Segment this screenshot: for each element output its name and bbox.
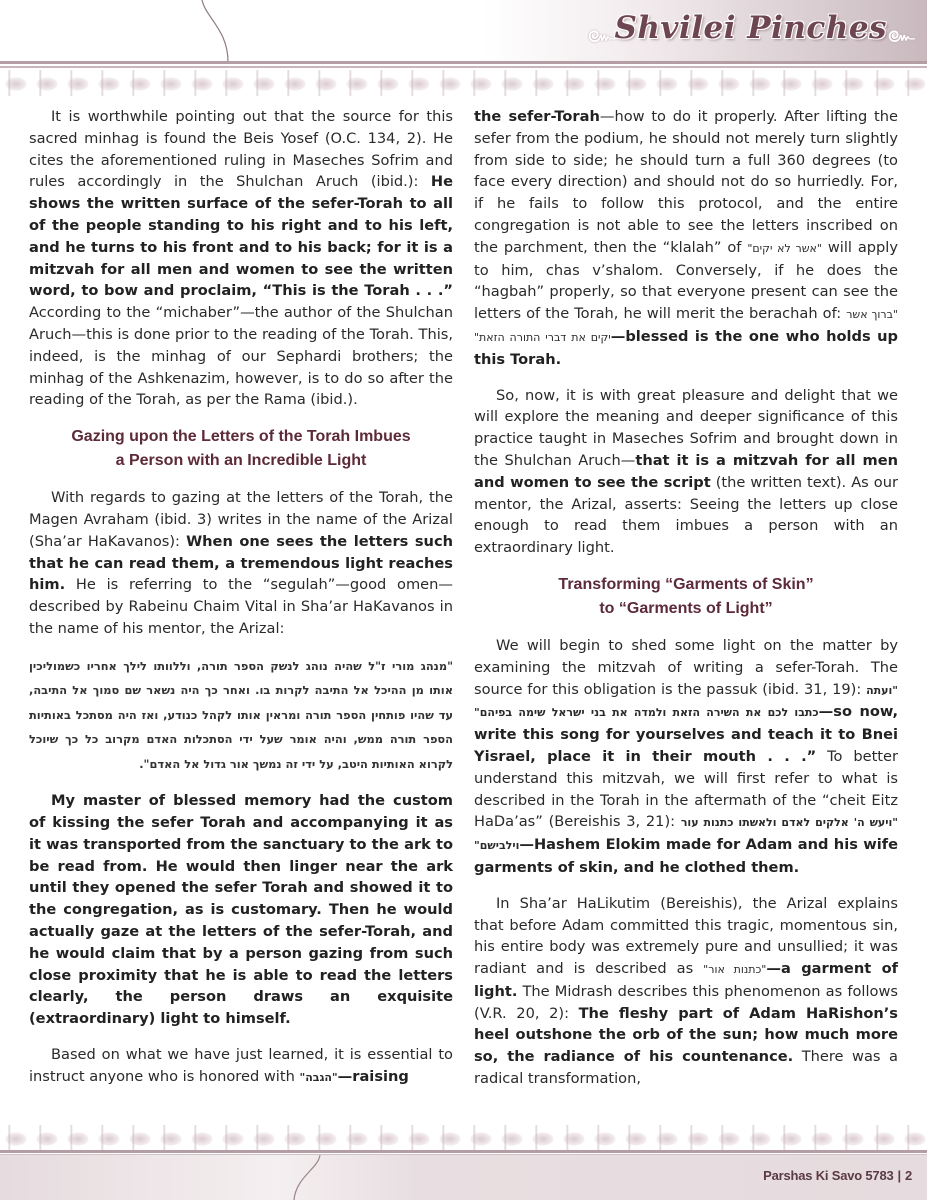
swirl-ornament-icon: ๛ <box>887 14 915 53</box>
section-heading-garments: Transforming “Garments of Skin”to “Garme… <box>474 573 898 621</box>
ornamental-border-top <box>0 70 927 96</box>
body-text: —how to do it properly. After lifting th… <box>474 108 898 256</box>
hebrew-term: "הגבה" <box>299 1071 337 1084</box>
footer-label: Parshas Ki Savo 5783|2 <box>763 1168 912 1183</box>
page-number: 2 <box>905 1168 912 1183</box>
footer-rule <box>0 1150 927 1153</box>
heading-line: to “Garments of Light” <box>599 600 772 617</box>
hebrew-quote-block: "מנהג מורי ז"ל שהיה נוהג לנשק הספר תורה,… <box>29 654 453 777</box>
paragraph-writing-sefer-torah: We will begin to shed some light on the … <box>474 635 898 879</box>
bold-translation: —Hashem Elokim made for Adam and his wif… <box>474 836 898 876</box>
paragraph-translation: My master of blessed memory had the cust… <box>29 790 453 1030</box>
header-rule <box>0 61 927 64</box>
bold-translation: My master of blessed memory had the cust… <box>29 792 453 1027</box>
paragraph-hagbah-intro: Based on what we have just learned, it i… <box>29 1044 453 1089</box>
page-footer: Parshas Ki Savo 5783|2 <box>0 1155 927 1200</box>
paragraph-explore-meaning: So, now, it is with great pleasure and d… <box>474 385 898 559</box>
body-text: He is referring to the “segulah”—good om… <box>29 576 453 637</box>
heading-line: Gazing upon the Letters of the Torah Imb… <box>71 428 410 445</box>
paragraph-hagbah-protocol: the sefer-Torah—how to do it properly. A… <box>474 106 898 371</box>
ornamental-border-bottom <box>0 1125 927 1151</box>
footer-curve-decoration <box>290 1155 330 1200</box>
hebrew-term: "כתנות אור" <box>703 963 766 976</box>
bold-quote: He shows the written surface of the sefe… <box>29 173 453 299</box>
paragraph-magen-avraham: With regards to gazing at the letters of… <box>29 487 453 640</box>
header-rule-thin <box>0 66 927 68</box>
body-text: It is worthwhile pointing out that the s… <box>29 108 453 190</box>
body-text: According to the “michaber”—the author o… <box>29 304 453 408</box>
bold-text: the sefer-Torah <box>474 108 600 125</box>
publication-title: Shvilei Pinches <box>615 10 888 46</box>
heading-line: Transforming “Garments of Skin” <box>558 576 813 593</box>
hebrew-term: "אשר לא יקים" <box>747 242 822 255</box>
header-curve-decoration <box>200 0 240 62</box>
separator: | <box>898 1168 901 1183</box>
swirl-ornament-icon: ๛ <box>587 14 615 53</box>
body-text: We will begin to shed some light on the … <box>474 637 898 698</box>
left-column: It is worthwhile pointing out that the s… <box>29 106 453 1103</box>
section-heading-gazing: Gazing upon the Letters of the Torah Imb… <box>29 425 453 473</box>
parsha-name: Parshas Ki Savo 5783 <box>763 1168 893 1183</box>
right-column: the sefer-Torah—how to do it properly. A… <box>474 106 898 1104</box>
bold-text: —raising <box>338 1068 409 1085</box>
heading-line: a Person with an Incredible Light <box>116 452 367 469</box>
paragraph-shaar-halikutim: In Sha’ar HaLikutim (Bereishis), the Ari… <box>474 893 898 1090</box>
page-header: ๛ Shvilei Pinches ๛ <box>0 0 927 62</box>
paragraph-beis-yosef: It is worthwhile pointing out that the s… <box>29 106 453 411</box>
